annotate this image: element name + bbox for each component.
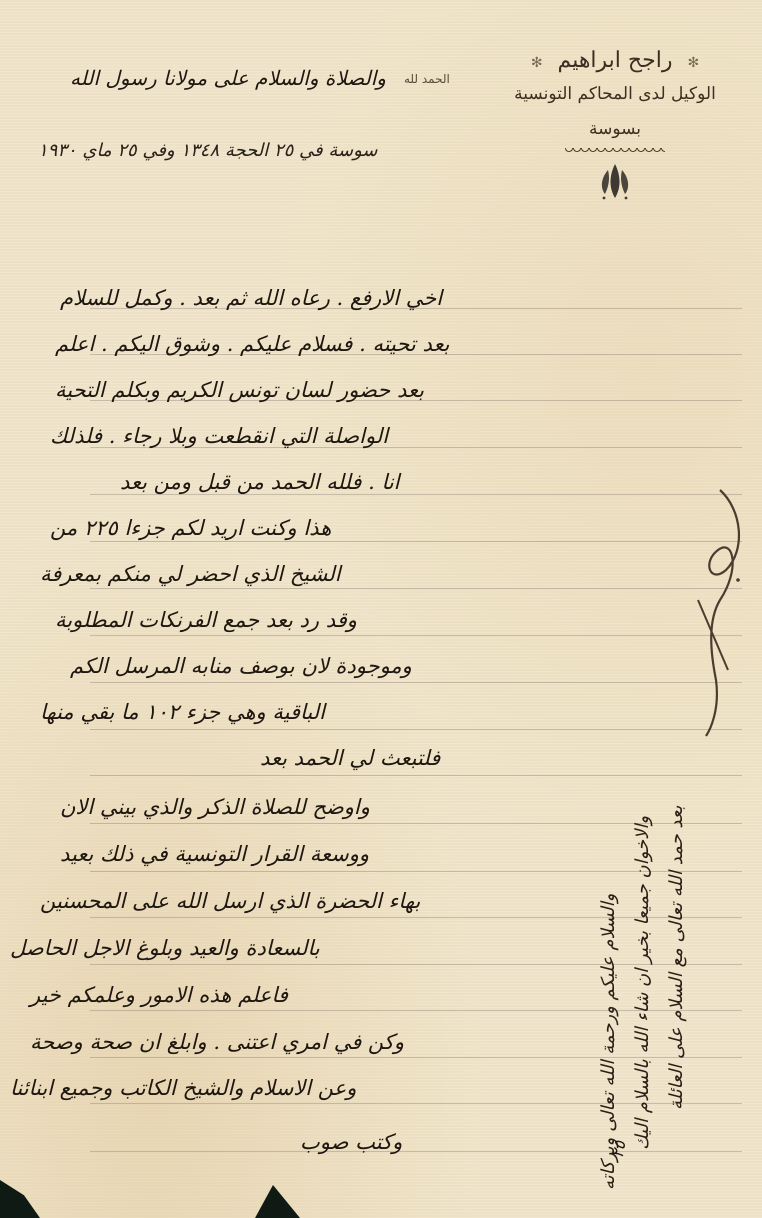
body-line: وموجودة لان بوصف منابه المرسل الكم	[70, 654, 412, 678]
letterhead-city: بسوسة	[490, 114, 740, 144]
date-line: سوسة في ٢٥ الحجة ١٣٤٨ وفي ٢٥ ماي ١٩٣٠	[38, 140, 377, 161]
letterhead-name-row: ✻ راجح ابراهيم ✻	[490, 44, 740, 80]
body-line: هذا وكنت اريد لكم جزءا ٢٢٥ من	[50, 516, 331, 540]
body-line: وكتب صوب	[300, 1130, 402, 1154]
body-line: انا . فلله الحمد من قبل ومن بعد	[120, 470, 400, 494]
printed-invocation: الحمد لله	[404, 72, 450, 86]
marginal-note: بعد حمد الله تعالى مع السلام على العائلة	[666, 805, 687, 1110]
body-line: ووسعة القرار التونسية في ذلك بعيد	[60, 842, 369, 866]
letterhead-title: الوكيل لدى المحاكم التونسية	[490, 80, 740, 108]
ruled-line	[90, 494, 742, 495]
ruled-line	[90, 541, 742, 542]
body-line: بهاء الحضرة الذي ارسل الله على المحسنين	[40, 889, 420, 913]
body-line: وعن الاسلام والشيخ الكاتب وجميع ابنائنا	[10, 1076, 356, 1100]
wavy-divider	[565, 148, 665, 156]
body-line: الشيخ الذي احضر لي منكم بمعرفة	[40, 562, 341, 586]
letterhead: ✻ راجح ابراهيم ✻ الوكيل لدى المحاكم التو…	[490, 44, 740, 206]
handwritten-invocation: والصلاة والسلام على مولانا رسول الله	[70, 66, 386, 90]
body-line: اخي الارفع . رعاه الله ثم بعد . وكمل للس…	[60, 286, 442, 310]
body-line: بعد تحيته . فسلام عليكم . وشوق اليكم . ا…	[55, 332, 449, 356]
ruled-line	[90, 682, 742, 683]
body-line: وقد رد بعد جمع الفرنكات المطلوبة	[55, 608, 357, 632]
body-line: وكن في امري اعتنى . وابلغ ان صحة وصحة	[30, 1030, 404, 1054]
body-line: فاعلم هذه الامور وعلمكم خير	[30, 983, 288, 1007]
marginal-note: والاخوان جميعا بخير ان شاء الله بالسلام …	[632, 816, 653, 1150]
bottom-margin-numerals: ٢٥	[608, 1139, 630, 1159]
ruled-line	[90, 588, 742, 589]
body-line: واوضح للصلاة الذكر والذي بيني الان	[60, 795, 370, 819]
body-line: الواصلة التي انقطعت وبلا رجاء . فلذلك	[50, 424, 388, 448]
ruled-line	[90, 729, 742, 730]
body-line: بعد حضور لسان تونس الكريم وبكلم التحية	[55, 378, 424, 402]
star-ornament-icon: ✻	[687, 55, 699, 71]
letterhead-name: راجح ابراهيم	[558, 48, 673, 73]
leaf-ornament-icon	[595, 162, 635, 202]
ruled-line	[90, 775, 742, 776]
star-ornament-icon: ✻	[531, 55, 543, 71]
signature-flourish	[680, 480, 750, 740]
body-line: فلتبعث لي الحمد بعد	[260, 746, 440, 770]
ruled-line	[90, 635, 742, 636]
body-line: الباقية وهي جزء ١٠٢ ما بقي منها	[40, 700, 325, 724]
ruled-line	[90, 1151, 742, 1152]
body-line: بالسعادة والعيد وبلوغ الاجل الحاصل	[10, 936, 320, 960]
